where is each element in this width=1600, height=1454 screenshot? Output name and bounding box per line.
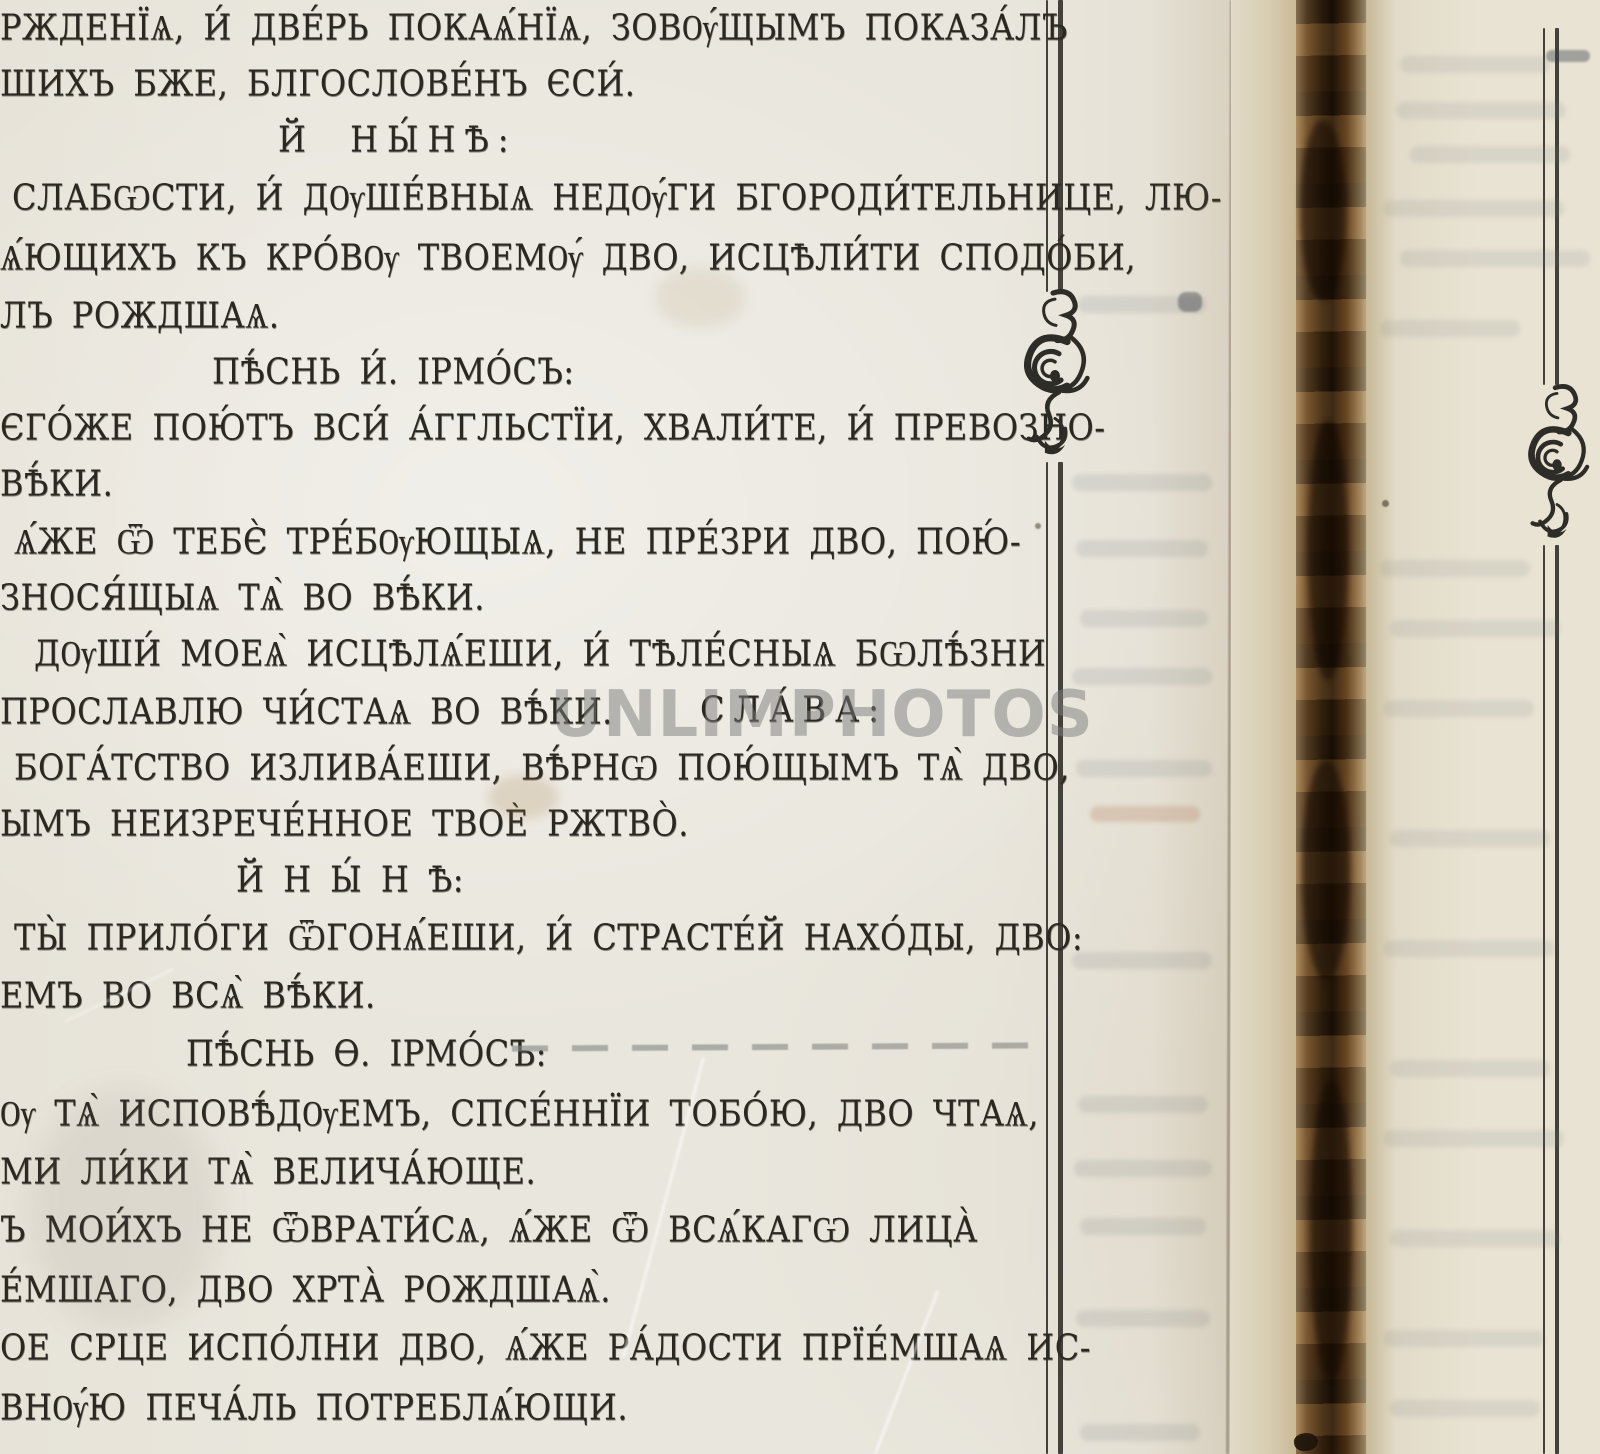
text-line-23: ъ мои́хъ не ѿврати́сѧ, ѧ́же ѿ всѧ́кагѡ л… [0,1208,978,1251]
gutter-paper-band [1231,0,1296,1454]
text-line-10: ѧ́же ѿ тебє̀ тре́бѹющыѧ, не пре́зри дво,… [14,520,1021,563]
show-through-text [1080,1218,1206,1235]
right-page-border-thin-rule-bottom [1543,545,1545,1454]
show-through-dark-mark [1546,50,1590,62]
text-line-3: Й ны́нѣ: [278,118,518,161]
show-through-text [1380,560,1530,577]
show-through-text [1384,200,1564,217]
text-line-4: слабѡсти, и́ дѹше́вныѧ недѹ́ги бгороди́т… [12,176,1222,219]
show-through-text [1380,320,1520,337]
spine-wear-blob [1308,420,1348,680]
text-line-21: ѹ тѧ̀ исповѣ́дѹемъ, спсе́ннїи тобо́ю, дв… [0,1092,1039,1135]
text-line-7: Пѣ́снь и́. ірмо́съ: [212,350,575,393]
text-line-16: ымъ неизрече́нное твоѐ ржтво̀. [0,802,689,845]
show-through-text [1076,760,1212,777]
text-line-20: Пѣ́снь ѳ. ірмо́съ: [186,1032,547,1075]
text-line-17: Й н ы́ н ѣ: [236,858,464,901]
show-through-text [1396,102,1566,119]
show-through-text [1074,1160,1212,1177]
text-line-26: внѹ́ю печа́ль потреблѧ́ющи. [0,1386,628,1429]
text-line-8: єго́же пою́тъ вси́ а́ггльстїи, хвали́те,… [0,406,1106,449]
text-line-22: ми ли́ки тѧ̀ велича́юще. [0,1150,536,1193]
text-line-15: бога́тство излива́еши, вѣ́рнѡ пою́щымъ т… [14,746,1070,789]
right-page-border-thick-rule-bottom [1555,545,1559,1454]
photographed-book-page: ржденїѧ, и́ две́рь покаѧ́нїѧ, зовѹ́щымъ … [0,0,1600,1454]
stock-photo-watermark: UNLIMPHOTOS [550,678,1094,752]
show-through-text [1072,474,1212,491]
show-through-text [1080,1424,1200,1441]
text-line-2: шихъ бже, блгослове́нъ єси́. [0,62,635,105]
text-line-13: прославлю чи́стаѧ во вѣ́ки. [0,690,613,733]
show-through-text [1400,56,1550,73]
left-page-border-thick-rule-top [1058,0,1063,292]
show-through-red-text [1090,806,1200,822]
show-through-text [1078,1096,1208,1113]
show-through-text [1390,1400,1540,1417]
page-curve-shadow [1150,0,1230,1454]
show-through-text [1076,540,1208,557]
left-fleuron-ornament-icon [1012,289,1098,461]
left-page-border-thin-rule-top [1046,0,1048,292]
text-line-25: ое срце испо́лни дво, ѧ́же ра́дости прїе… [0,1326,1091,1369]
text-line-6: лъ рождшаѧ. [0,294,280,337]
spine-wear-blob [1302,760,1350,980]
text-line-18: ты̀ прило́ги ѿгонѧ́еши, и́ страсте́й нах… [14,916,1083,959]
show-through-text [1400,250,1590,267]
show-through-text [1384,1330,1544,1347]
show-through-text [1384,1130,1564,1147]
show-through-text [1076,1310,1210,1327]
show-through-text [1390,1230,1560,1247]
show-through-text [1384,700,1534,717]
show-through-dark-mark [1178,292,1202,312]
text-line-11: знося́щыѧ тѧ̀ во вѣ́ки. [0,576,485,619]
show-through-text [1390,830,1550,847]
show-through-text [1384,940,1554,957]
text-line-12: дѹши́ моеѧ̀ исцѣлѧ́еши, и́ тѣле́сныѧ бѡл… [34,632,1046,675]
spine-wear-blob [1310,1080,1352,1380]
text-line-9: вѣ́ки. [0,462,113,505]
show-through-text [1410,146,1570,163]
text-line-1: ржденїѧ, и́ две́рь покаѧ́нїѧ, зовѹ́щымъ … [0,6,1068,49]
text-line-19: емъ во всѧ̀ вѣ́ки. [0,974,376,1017]
text-line-24: е́мшаго, дво хрта̀ рождшаѧ̀. [0,1268,611,1311]
show-through-text [1080,610,1208,627]
left-page-border-thin-rule-bottom [1046,462,1048,1454]
show-through-text [1072,952,1212,969]
show-through-text [1390,620,1560,637]
left-page-border-thick-rule-bottom [1058,462,1063,1454]
spine-wear-blob [1300,120,1346,300]
text-line-5: ѧ́ющихъ къ кро́вѹ твоемѹ́ дво, исцѣли́ти… [0,236,1136,279]
right-fleuron-ornament-icon [1518,384,1596,544]
show-through-text [1390,1060,1550,1077]
